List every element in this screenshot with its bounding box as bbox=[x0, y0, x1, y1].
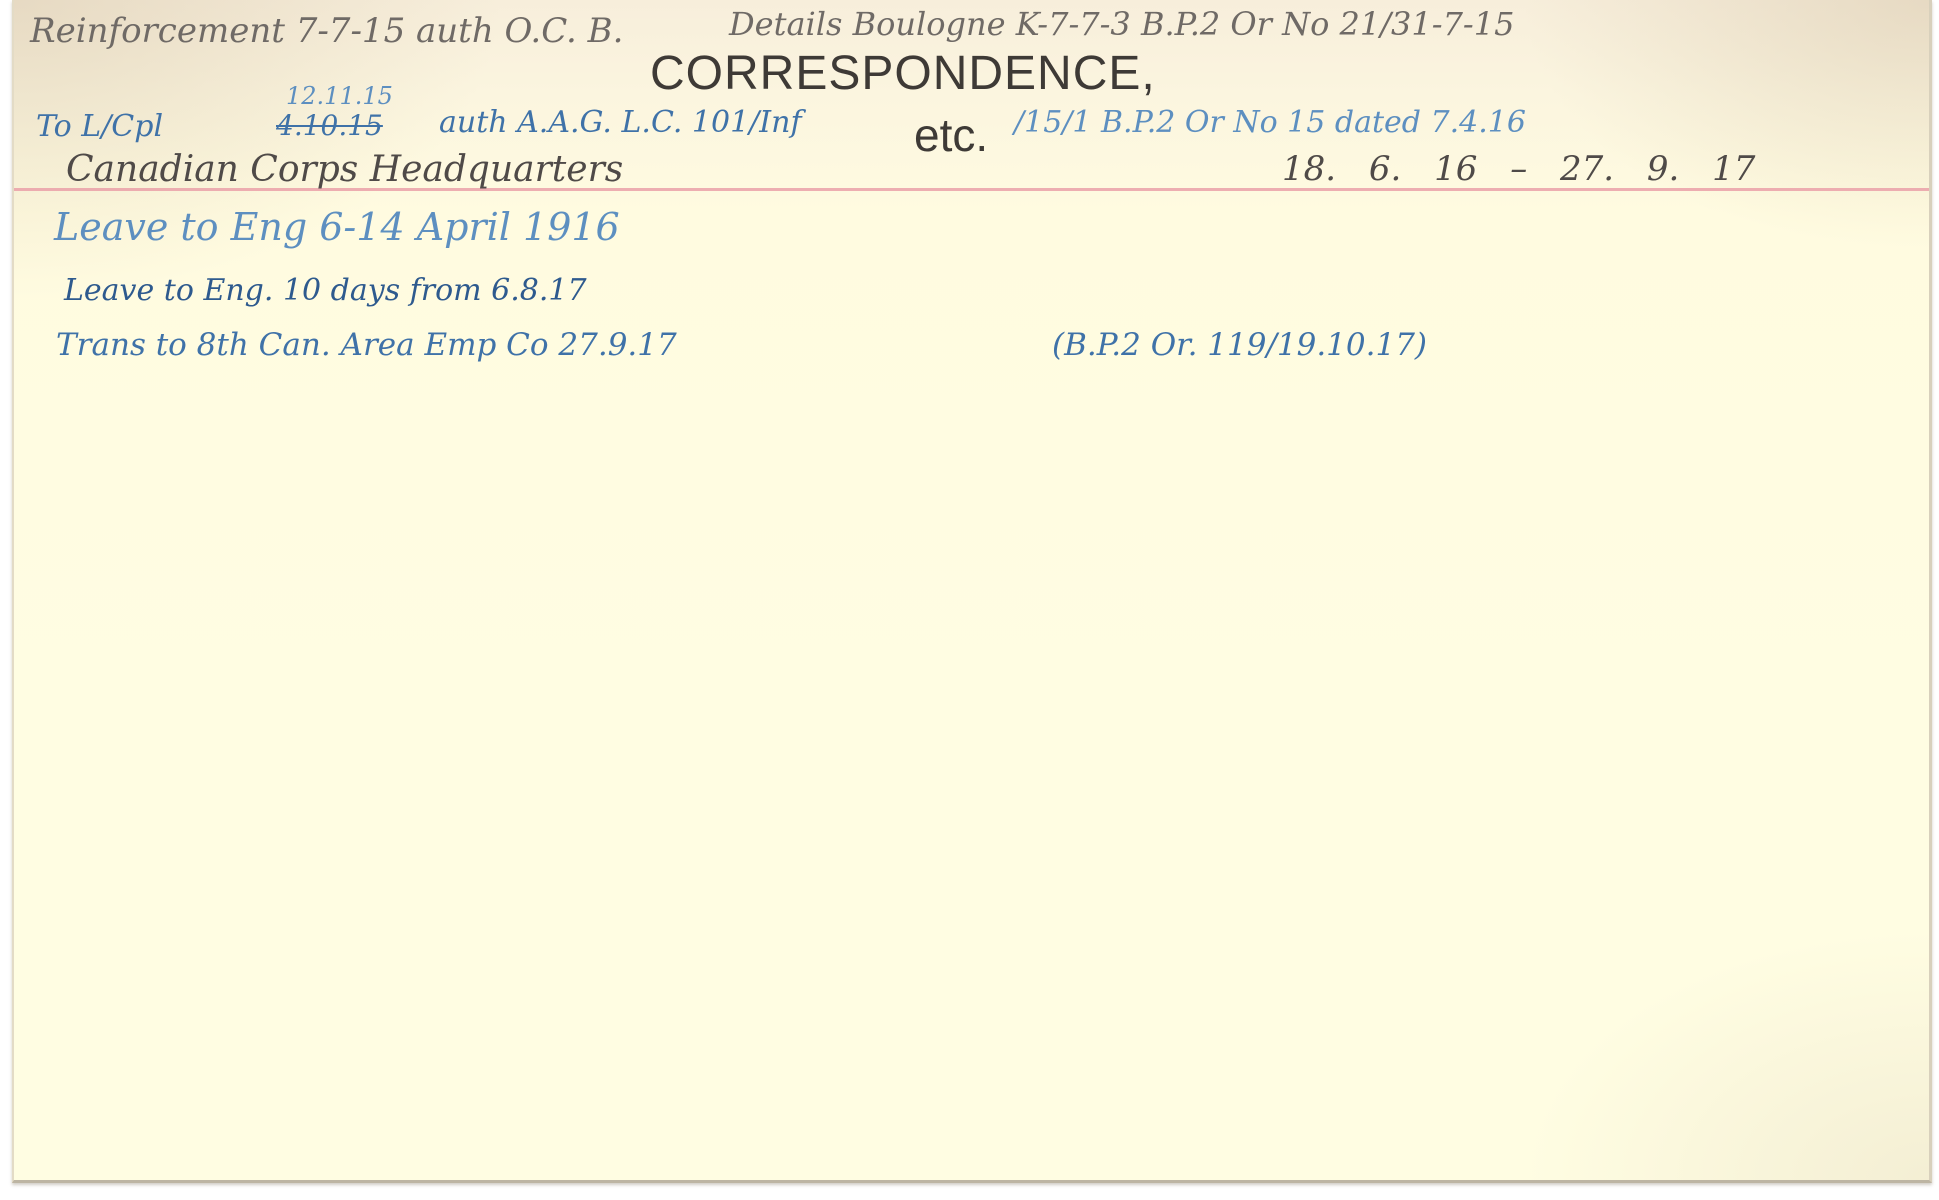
entry-reinforcement-right: Details Boulogne K-7-7-3 B.P.2 Or No 21/… bbox=[729, 8, 1514, 40]
entry-transfer: Trans to 8th Can. Area Emp Co 27.9.17 bbox=[56, 330, 677, 361]
printed-etc: etc. bbox=[914, 112, 988, 158]
entry-leave-1917: Leave to Eng. 10 days from 6.8.17 bbox=[64, 276, 587, 306]
entry-promotion-superscript-date: 12.11.15 bbox=[286, 84, 393, 108]
entry-promotion-authority: auth A.A.G. L.C. 101/Inf bbox=[439, 108, 802, 138]
entry-unit-dates: 18. 6. 16 – 27. 9. 17 bbox=[1282, 152, 1755, 186]
entry-promotion-order: /15/1 B.P.2 Or No 15 dated 7.4.16 bbox=[1014, 108, 1526, 138]
entry-reinforcement-left: Reinforcement 7-7-15 auth O.C. B. bbox=[30, 14, 623, 48]
printed-heading: CORRESPONDENCE, bbox=[650, 50, 1156, 98]
entry-leave-1916: Leave to Eng 6-14 April 1916 bbox=[54, 208, 620, 246]
entry-unit-name: Canadian Corps Headquarters bbox=[66, 152, 623, 188]
entry-promotion-prefix: To L/Cpl bbox=[36, 112, 163, 142]
entry-promotion-struck-date: 4.10.15 bbox=[276, 112, 383, 140]
correspondence-record-card: CORRESPONDENCE, etc. Reinforcement 7-7-1… bbox=[12, 0, 1932, 1183]
entry-transfer-reference: (B.P.2 Or. 119/19.10.17) bbox=[1052, 330, 1427, 361]
